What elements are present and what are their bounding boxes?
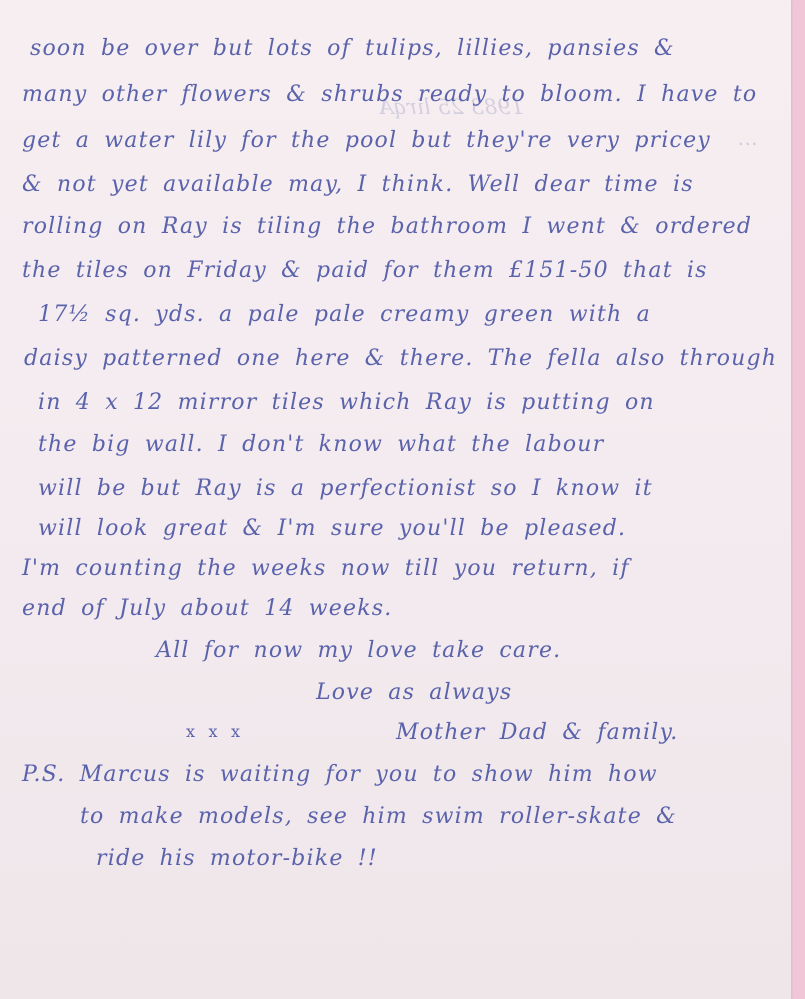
letter-line: will be but Ray is a perfectionist so I … — [38, 476, 653, 501]
letter-line: in 4 x 12 mirror tiles which Ray is putt… — [38, 390, 655, 415]
letter-line: end of July about 14 weeks. — [22, 596, 392, 621]
closing-greeting: Love as always — [316, 680, 512, 705]
closing-line: All for now my love take care. — [156, 638, 561, 663]
letter-line: 17½ sq. yds. a pale pale creamy green wi… — [38, 302, 651, 327]
letter-line: the big wall. I don't know what the labo… — [38, 432, 604, 457]
letter-line: many other flowers & shrubs ready to blo… — [22, 82, 757, 107]
letter-line: I'm counting the weeks now till you retu… — [22, 556, 630, 581]
letter-line: & not yet available may, I think. Well d… — [22, 172, 694, 197]
letter-line: rolling on Ray is tiling the bathroom I … — [22, 214, 752, 239]
kisses: x x x — [186, 722, 241, 741]
postscript-line: P.S. Marcus is waiting for you to show h… — [22, 762, 658, 787]
letter-line: will look great & I'm sure you'll be ple… — [38, 516, 626, 541]
letter-line: daisy patterned one here & there. The fe… — [24, 346, 777, 371]
signature: Mother Dad & family. — [396, 720, 678, 745]
letter-line: get a water lily for the pool but they'r… — [22, 128, 711, 153]
postscript-line: ride his motor-bike !! — [96, 846, 378, 871]
letter-line: soon be over but lots of tulips, lillies… — [30, 36, 675, 61]
letter-page: 1983 25 lirqA ... soon be over but lots … — [0, 0, 791, 999]
postscript-line: to make models, see him swim roller-skat… — [80, 804, 677, 829]
letter-line: the tiles on Friday & paid for them £151… — [22, 258, 708, 283]
